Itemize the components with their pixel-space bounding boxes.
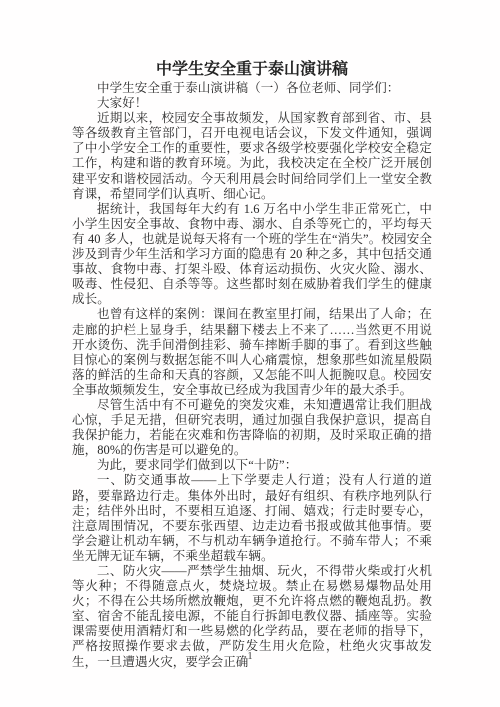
document-page: 中学生安全重于泰山演讲稿 中学生安全重于泰山演讲稿（一）各位老师、同学们： 大家…	[0, 0, 500, 707]
document-title: 中学生安全重于泰山演讲稿	[72, 61, 432, 78]
paragraph-intro: 近期以来，校园安全事故频发，从国家教育部到省、市、县等各级教育主管部门，召开电视…	[72, 111, 432, 202]
paragraph-ten-defenses-lead: 为此，要求同学们做到以下“十防”：	[72, 458, 432, 473]
document-body: 中学生安全重于泰山演讲稿 中学生安全重于泰山演讲稿（一）各位老师、同学们： 大家…	[72, 61, 432, 670]
paragraph-greeting: 大家好！	[72, 96, 432, 111]
paragraph-salutation: 中学生安全重于泰山演讲稿（一）各位老师、同学们：	[72, 81, 432, 96]
paragraph-statistics: 据统计，我国每年大约有 1.6 万名中小学生非正常死亡，中小学生因安全事故、食物…	[72, 202, 432, 308]
paragraph-traffic-safety: 一、防交通事故——上下学要走人行道；没有人行道的道路，要靠路边行走。集体外出时，…	[72, 473, 432, 564]
paragraph-cases: 也曾有这样的案例：课间在教室里打闹，结果出了人命；在走廊的护栏上显身手，结果翻下…	[72, 307, 432, 398]
paragraph-prevention: 尽管生活中有不可避免的突发灾难，未知遭遇常让我们胆战心惊，手足无措，但研究表明，…	[72, 398, 432, 458]
page-number: 1	[0, 651, 500, 663]
